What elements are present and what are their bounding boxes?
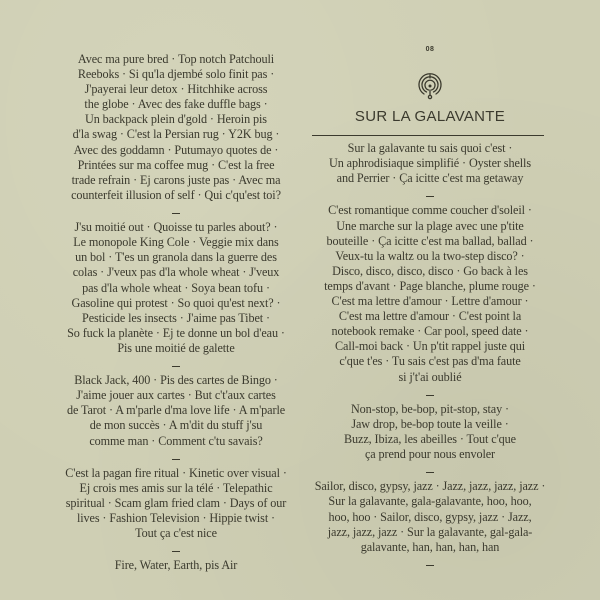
lyric-line: C'est la pagan fire ritual · Kinetic ove… (48, 466, 304, 481)
lyric-line: notebook remake · Car pool, speed date · (305, 324, 555, 339)
lyric-line: So fuck la planète · Ej te donne un bol … (48, 326, 304, 341)
left-stanza-5: Fire, Water, Earth, pis Air (48, 558, 304, 573)
lyric-line: Jaw drop, be-bop toute la veille · (305, 417, 555, 432)
lyric-line: spiritual · Scam glam fried clam · Days … (48, 496, 304, 511)
lyric-line: hoo, hoo · Sailor, disco, gypsy, jazz · … (305, 510, 555, 525)
right-stanza-3: Non-stop, be-bop, pit-stop, stay · Jaw d… (305, 402, 555, 462)
stanza-separator (426, 395, 434, 396)
lyric-line: Le monopole King Cole · Veggie mix dans (48, 235, 304, 250)
lyrics-booklet-page: Avec ma pure bred · Top notch Patchouli … (0, 0, 600, 600)
right-lyrics-column: Sur la galavante tu sais quoi c'est · Un… (305, 141, 555, 572)
lyric-line: Disco, disco, disco, disco · Go back à l… (305, 264, 555, 279)
lyric-line: Black Jack, 400 · Pis des cartes de Bing… (48, 373, 304, 388)
lyric-line: de mon succès · A m'dit du stuff j'su (48, 418, 304, 433)
track-header: 08 SUR LA GALAVANTE (305, 46, 555, 125)
lyric-line: J'aime jouer aux cartes · But c't'aux ca… (48, 388, 304, 403)
lyric-line: Buzz, Ibiza, les abeilles · Tout c'que (305, 432, 555, 447)
lyric-line: Sur la galavante, gala-galavante, hoo, h… (305, 494, 555, 509)
stanza-separator (172, 459, 180, 460)
lyric-line: si j't'ai oublié (305, 370, 555, 385)
lyric-line: Pesticide les insects · J'aime pas Tibet… (48, 311, 304, 326)
right-stanza-2: C'est romantique comme coucher d'soleil … (305, 203, 555, 384)
lyric-line: Printées sur ma coffee mug · C'est la fr… (48, 158, 304, 173)
lyric-line: Ej crois mes amis sur la télé · Telepath… (48, 481, 304, 496)
right-stanza-4: Sailor, disco, gypsy, jazz · Jazz, jazz,… (305, 479, 555, 554)
lyric-line: ça prend pour nous envoler (305, 447, 555, 462)
lyric-line: the globe · Avec des fake duffle bags · (48, 97, 304, 112)
lyric-line: trade refrain · Ej carons juste pas · Av… (48, 173, 304, 188)
lyric-line: Gasoline qui protest · So quoi qu'est ne… (48, 296, 304, 311)
lyric-line: un bol · T'es un granola dans la guerre … (48, 250, 304, 265)
lyric-line: Sailor, disco, gypsy, jazz · Jazz, jazz,… (305, 479, 555, 494)
lyric-line: Fire, Water, Earth, pis Air (48, 558, 304, 573)
left-lyrics-column: Avec ma pure bred · Top notch Patchouli … (48, 52, 304, 574)
lyric-line: lives · Fashion Television · Hippie twis… (48, 511, 304, 526)
lyric-line: J'payerai leur detox · Hitchhike across (48, 82, 304, 97)
stanza-separator (172, 213, 180, 214)
lyric-line: de Tarot · A m'parle d'ma love life · A … (48, 403, 304, 418)
stanza-separator (426, 196, 434, 197)
left-stanza-4: C'est la pagan fire ritual · Kinetic ove… (48, 466, 304, 541)
lyric-line: Call-moi back · Un p'tit rappel juste qu… (305, 339, 555, 354)
lyric-line: galavante, han, han, han, han (305, 540, 555, 555)
lyric-line: colas · J'veux pas d'la whole wheat · J'… (48, 265, 304, 280)
lyric-line: d'la swag · C'est la Persian rug · Y2K b… (48, 127, 304, 142)
track-number: 08 (305, 46, 555, 58)
lyric-line: Tout ça c'est nice (48, 526, 304, 541)
lyric-line: Une marche sur la plage avec une p'tite (305, 219, 555, 234)
lyric-line: Sur la galavante tu sais quoi c'est · (305, 141, 555, 156)
title-divider (312, 135, 544, 136)
lyric-line: Reeboks · Si qu'la djembé solo finit pas… (48, 67, 304, 82)
lyric-line: Un aphrodisiaque simplifié · Oyster shel… (305, 156, 555, 171)
lyric-line: C'est romantique comme coucher d'soleil … (305, 203, 555, 218)
lyric-line: pas d'la whole wheat · Soya bean tofu · (48, 281, 304, 296)
lyric-line: Avec ma pure bred · Top notch Patchouli (48, 52, 304, 67)
left-stanza-3: Black Jack, 400 · Pis des cartes de Bing… (48, 373, 304, 448)
stanza-separator (426, 565, 434, 566)
right-stanza-1: Sur la galavante tu sais quoi c'est · Un… (305, 141, 555, 186)
stanza-separator (172, 366, 180, 367)
lyric-line: Veux-tu la waltz ou la two-step disco? · (305, 249, 555, 264)
lyric-line: jazz, jazz, jazz · Sur la galavante, gal… (305, 525, 555, 540)
track-title: SUR LA GALAVANTE (305, 108, 555, 125)
left-stanza-2: J'su moitié out · Quoisse tu parles abou… (48, 220, 304, 356)
lyric-line: Avec des goddamn · Putumayo quotes de · (48, 143, 304, 158)
spiral-emblem-icon (415, 71, 445, 101)
left-stanza-1: Avec ma pure bred · Top notch Patchouli … (48, 52, 304, 203)
stanza-separator (426, 472, 434, 473)
lyric-line: and Perrier · Ça icitte c'est ma getaway (305, 171, 555, 186)
lyric-line: comme man · Comment c'tu savais? (48, 434, 304, 449)
lyric-line: C'est ma lettre d'amour · Lettre d'amour… (305, 294, 555, 309)
stanza-separator (172, 551, 180, 552)
lyric-line: C'est ma lettre d'amour · C'est point la (305, 309, 555, 324)
lyric-line: bouteille · Ça icitte c'est ma ballad, b… (305, 234, 555, 249)
lyric-line: c'que t'es · Tu sais c'est pas d'ma faut… (305, 354, 555, 369)
lyric-line: J'su moitié out · Quoisse tu parles abou… (48, 220, 304, 235)
lyric-line: counterfeit illusion of self · Qui c'qu'… (48, 188, 304, 203)
lyric-line: Pis une moitié de galette (48, 341, 304, 356)
lyric-line: temps d'avant · Page blanche, plume roug… (305, 279, 555, 294)
lyric-line: Un backpack plein d'gold · Heroin pis (48, 112, 304, 127)
lyric-line: Non-stop, be-bop, pit-stop, stay · (305, 402, 555, 417)
